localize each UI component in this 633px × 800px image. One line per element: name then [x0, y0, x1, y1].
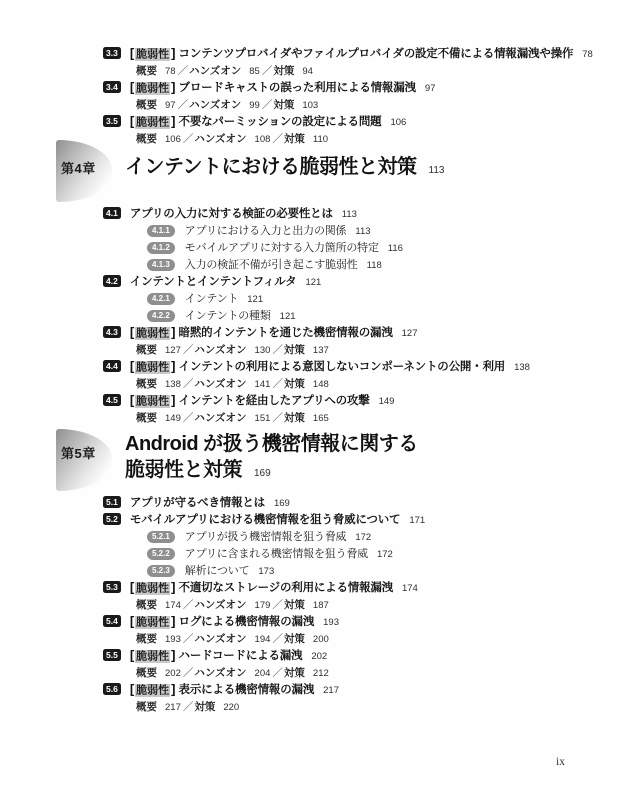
- detail-page-number: 141: [255, 379, 271, 390]
- detail-label: ハンズオン: [189, 99, 241, 111]
- detail-label: ハンズオン: [194, 344, 246, 356]
- subsection-row: 5.2.1アプリが扱う機密情報を狙う脅威172: [103, 527, 613, 544]
- vulnerability-tag-bracket-close: ]: [171, 682, 175, 697]
- detail-label: 概要: [136, 412, 157, 424]
- subsection-page-number: 173: [258, 566, 274, 577]
- section-title: ブロードキャストの誤った利用による情報漏洩: [179, 82, 416, 94]
- section-page-number: 149: [379, 396, 395, 407]
- section-row: 4.1アプリの入力に対する検証の必要性とは113: [103, 204, 613, 221]
- vulnerability-tag-bracket-close: ]: [171, 325, 175, 340]
- section-page-number: 217: [323, 685, 339, 696]
- section-title: ハードコードによる漏洩: [179, 650, 303, 662]
- section-row: 5.4[脆弱性]ログによる機密情報の漏洩193: [103, 612, 613, 629]
- subsection-row: 4.1.2モバイルアプリに対する入力箇所の特定116: [103, 238, 613, 255]
- section-title: アプリが守るべき情報とは: [130, 497, 265, 509]
- detail-page-number: 220: [223, 702, 239, 713]
- detail-page-number: 110: [313, 134, 328, 145]
- section-number-badge: 5.3: [103, 581, 121, 593]
- detail-separator: ／: [262, 99, 273, 111]
- vulnerability-tag-bracket-open: [: [130, 80, 134, 95]
- detail-label: ハンズオン: [194, 412, 246, 424]
- detail-separator: ／: [183, 344, 194, 356]
- subsection-number-badge: 5.2.3: [147, 565, 175, 577]
- detail-label: 対策: [284, 667, 305, 679]
- detail-row: 概要106／ハンズオン108／対策110: [103, 129, 613, 146]
- vulnerability-tag: [脆弱性]: [130, 112, 176, 129]
- subsection-page-number: 121: [280, 311, 296, 322]
- detail-row: 概要138／ハンズオン141／対策148: [103, 374, 613, 391]
- section-row: 5.3[脆弱性]不適切なストレージの利用による情報漏洩174: [103, 578, 613, 595]
- detail-row: 概要193／ハンズオン194／対策200: [103, 629, 613, 646]
- section-number-badge: 4.1: [103, 207, 121, 219]
- detail-label: 概要: [136, 701, 157, 713]
- detail-separator: ／: [262, 65, 273, 77]
- detail-separator: ／: [272, 667, 283, 679]
- section-title: インテントとインテントフィルタ: [130, 276, 297, 288]
- subsection-number-badge: 4.1.2: [147, 242, 175, 254]
- detail-row: 概要174／ハンズオン179／対策187: [103, 595, 613, 612]
- section-page-number: 193: [323, 617, 339, 628]
- detail-label: 概要: [136, 133, 157, 145]
- subsection-page-number: 172: [377, 549, 393, 560]
- detail-page-number: 148: [313, 379, 329, 390]
- detail-row: 概要202／ハンズオン204／対策212: [103, 663, 613, 680]
- vulnerability-tag-bracket-close: ]: [171, 393, 175, 408]
- detail-page-number: 179: [255, 600, 271, 611]
- vulnerability-tag-label: 脆弱性: [135, 616, 170, 629]
- detail-label: 概要: [136, 65, 157, 77]
- detail-label: 対策: [284, 133, 305, 145]
- detail-separator: ／: [272, 133, 283, 145]
- chapter-number: 第4章: [61, 158, 96, 177]
- detail-row: 概要78／ハンズオン85／対策94: [103, 61, 613, 78]
- vulnerability-tag-bracket-open: [: [130, 648, 134, 663]
- detail-separator: ／: [272, 412, 283, 424]
- subsection-title: アプリにおける入力と出力の関係: [185, 225, 347, 237]
- chapter-title: 脆弱性と対策169: [125, 457, 613, 487]
- vulnerability-tag-bracket-close: ]: [171, 648, 175, 663]
- vulnerability-tag-bracket-open: [: [130, 114, 134, 129]
- detail-page-number: 200: [313, 634, 329, 645]
- detail-separator: ／: [183, 633, 194, 645]
- detail-page-number: 165: [313, 413, 329, 424]
- detail-page-number: 106: [165, 134, 181, 145]
- detail-label: ハンズオン: [194, 599, 246, 611]
- detail-label: 概要: [136, 633, 157, 645]
- section-number-badge: 5.4: [103, 615, 121, 627]
- vulnerability-tag: [脆弱性]: [130, 680, 176, 697]
- vulnerability-tag-bracket-open: [: [130, 614, 134, 629]
- detail-page-number: 108: [255, 134, 271, 145]
- section-title: コンテンツプロバイダやファイルプロバイダの設定不備による情報漏洩や操作: [179, 48, 574, 60]
- detail-page-number: 138: [165, 379, 181, 390]
- section-page-number: 113: [342, 209, 357, 220]
- detail-label: 対策: [284, 599, 305, 611]
- vulnerability-tag: [脆弱性]: [130, 578, 176, 595]
- section-number-badge: 3.3: [103, 47, 121, 59]
- section-page-number: 169: [274, 498, 290, 509]
- toc-list: 3.3[脆弱性]コンテンツプロバイダやファイルプロバイダの設定不備による情報漏洩…: [103, 44, 613, 714]
- subsection-page-number: 172: [355, 532, 371, 543]
- subsection-row: 4.1.1アプリにおける入力と出力の関係113: [103, 221, 613, 238]
- subsection-title: アプリが扱う機密情報を狙う脅威: [185, 531, 347, 543]
- detail-page-number: 212: [313, 668, 329, 679]
- detail-label: 概要: [136, 667, 157, 679]
- vulnerability-tag: [脆弱性]: [130, 357, 176, 374]
- vulnerability-tag-bracket-close: ]: [171, 114, 175, 129]
- section-title: アプリの入力に対する検証の必要性とは: [130, 208, 333, 220]
- subsection-number-badge: 4.2.1: [147, 293, 175, 305]
- vulnerability-tag-label: 脆弱性: [135, 684, 170, 697]
- subsection-number-badge: 5.2.2: [147, 548, 175, 560]
- detail-page-number: 85: [249, 66, 260, 77]
- section-row: 3.4[脆弱性]ブロードキャストの誤った利用による情報漏洩97: [103, 78, 613, 95]
- detail-separator: ／: [272, 344, 283, 356]
- section-row: 3.3[脆弱性]コンテンツプロバイダやファイルプロバイダの設定不備による情報漏洩…: [103, 44, 613, 61]
- vulnerability-tag-bracket-close: ]: [171, 359, 175, 374]
- section-page-number: 106: [390, 117, 406, 128]
- detail-separator: ／: [272, 633, 283, 645]
- subsection-page-number: 113: [355, 226, 370, 237]
- detail-separator: ／: [178, 99, 189, 111]
- section-number-badge: 3.5: [103, 115, 121, 127]
- chapter-page-number: 113: [429, 165, 445, 176]
- section-page-number: 97: [425, 83, 436, 94]
- vulnerability-tag: [脆弱性]: [130, 44, 176, 61]
- detail-label: ハンズオン: [194, 667, 246, 679]
- subsection-number-badge: 4.2.2: [147, 310, 175, 322]
- detail-page-number: 149: [165, 413, 181, 424]
- section-title: モバイルアプリにおける機密情報を狙う脅威について: [130, 514, 401, 526]
- section-number-badge: 3.4: [103, 81, 121, 93]
- subsection-title: インテント: [185, 293, 238, 305]
- section-row: 5.5[脆弱性]ハードコードによる漏洩202: [103, 646, 613, 663]
- vulnerability-tag-bracket-close: ]: [171, 580, 175, 595]
- detail-label: 対策: [284, 633, 305, 645]
- chapter-title: インテントにおける脆弱性と対策113: [125, 154, 613, 184]
- section-number-badge: 4.3: [103, 326, 121, 338]
- detail-separator: ／: [183, 701, 194, 713]
- section-row: 4.4[脆弱性]インテントの利用による意図しないコンポーネントの公開・利用138: [103, 357, 613, 374]
- detail-row: 概要127／ハンズオン130／対策137: [103, 340, 613, 357]
- vulnerability-tag-label: 脆弱性: [135, 82, 170, 95]
- section-page-number: 121: [305, 277, 321, 288]
- section-number-badge: 4.5: [103, 394, 121, 406]
- detail-label: 概要: [136, 378, 157, 390]
- section-row: 5.2モバイルアプリにおける機密情報を狙う脅威について171: [103, 510, 613, 527]
- vulnerability-tag: [脆弱性]: [130, 391, 176, 408]
- section-page-number: 171: [409, 515, 425, 526]
- vulnerability-tag-label: 脆弱性: [135, 582, 170, 595]
- subsection-number-badge: 5.2.1: [147, 531, 175, 543]
- detail-page-number: 78: [165, 66, 176, 77]
- section-title: 暗黙的インテントを通じた機密情報の漏洩: [179, 327, 393, 339]
- subsection-row: 4.1.3入力の検証不備が引き起こす脆弱性118: [103, 255, 613, 272]
- detail-page-number: 194: [255, 634, 271, 645]
- detail-label: ハンズオン: [194, 633, 246, 645]
- detail-label: 対策: [273, 65, 294, 77]
- detail-separator: ／: [183, 378, 194, 390]
- detail-page-number: 217: [165, 702, 181, 713]
- detail-separator: ／: [272, 378, 283, 390]
- vulnerability-tag-label: 脆弱性: [135, 327, 170, 340]
- chapter-number: 第5章: [61, 443, 96, 462]
- subsection-number-badge: 4.1.3: [147, 259, 175, 271]
- section-page-number: 202: [311, 651, 327, 662]
- vulnerability-tag-bracket-open: [: [130, 682, 134, 697]
- section-page-number: 127: [402, 328, 418, 339]
- detail-label: 対策: [194, 701, 215, 713]
- detail-label: 概要: [136, 599, 157, 611]
- detail-separator: ／: [178, 65, 189, 77]
- detail-page-number: 174: [165, 600, 181, 611]
- section-row: 5.1アプリが守るべき情報とは169: [103, 493, 613, 510]
- detail-label: 概要: [136, 99, 157, 111]
- section-row: 4.3[脆弱性]暗黙的インテントを通じた機密情報の漏洩127: [103, 323, 613, 340]
- section-title: 不適切なストレージの利用による情報漏洩: [179, 582, 393, 594]
- detail-row: 概要149／ハンズオン151／対策165: [103, 408, 613, 425]
- section-title: 不要なパーミッションの設定による問題: [179, 116, 382, 128]
- detail-separator: ／: [183, 667, 194, 679]
- detail-page-number: 151: [255, 413, 271, 424]
- vulnerability-tag-label: 脆弱性: [135, 361, 170, 374]
- vulnerability-tag-bracket-open: [: [130, 46, 134, 61]
- detail-page-number: 187: [313, 600, 329, 611]
- detail-label: ハンズオン: [194, 133, 246, 145]
- vulnerability-tag-bracket-open: [: [130, 359, 134, 374]
- section-page-number: 78: [582, 49, 593, 60]
- subsection-page-number: 118: [367, 260, 382, 271]
- subsection-row: 5.2.3解析について173: [103, 561, 613, 578]
- section-number-badge: 5.5: [103, 649, 121, 661]
- vulnerability-tag-label: 脆弱性: [135, 395, 170, 408]
- detail-label: 対策: [284, 344, 305, 356]
- subsection-page-number: 121: [247, 294, 263, 305]
- section-title: 表示による機密情報の漏洩: [179, 684, 315, 696]
- subsection-page-number: 116: [388, 243, 403, 254]
- toc-page: 3.3[脆弱性]コンテンツプロバイダやファイルプロバイダの設定不備による情報漏洩…: [0, 0, 633, 800]
- subsection-row: 5.2.2アプリに含まれる機密情報を狙う脅威172: [103, 544, 613, 561]
- chapter-title-block: インテントにおける脆弱性と対策113: [103, 154, 613, 184]
- detail-page-number: 204: [255, 668, 271, 679]
- vulnerability-tag: [脆弱性]: [130, 78, 176, 95]
- detail-separator: ／: [183, 599, 194, 611]
- section-number-badge: 4.4: [103, 360, 121, 372]
- chapter-page-number: 169: [254, 468, 271, 479]
- vulnerability-tag-bracket-close: ]: [171, 80, 175, 95]
- vulnerability-tag-bracket-open: [: [130, 325, 134, 340]
- vulnerability-tag-bracket-open: [: [130, 393, 134, 408]
- section-number-badge: 5.1: [103, 496, 121, 508]
- detail-page-number: 94: [302, 66, 313, 77]
- detail-page-number: 130: [255, 345, 271, 356]
- subsection-title: 入力の検証不備が引き起こす脆弱性: [185, 259, 358, 271]
- section-title: インテントを経由したアプリへの攻撃: [179, 395, 370, 407]
- detail-page-number: 193: [165, 634, 181, 645]
- subsection-title: モバイルアプリに対する入力箇所の特定: [185, 242, 379, 254]
- subsection-title: アプリに含まれる機密情報を狙う脅威: [185, 548, 368, 560]
- section-number-badge: 5.6: [103, 683, 121, 695]
- vulnerability-tag: [脆弱性]: [130, 323, 176, 340]
- section-row: 4.5[脆弱性]インテントを経由したアプリへの攻撃149: [103, 391, 613, 408]
- subsection-title: 解析について: [185, 565, 250, 577]
- detail-page-number: 127: [165, 345, 181, 356]
- detail-label: ハンズオン: [194, 378, 246, 390]
- vulnerability-tag-bracket-open: [: [130, 580, 134, 595]
- section-number-badge: 4.2: [103, 275, 121, 287]
- detail-page-number: 103: [302, 100, 318, 111]
- section-page-number: 138: [514, 362, 530, 373]
- detail-page-number: 97: [165, 100, 176, 111]
- vulnerability-tag: [脆弱性]: [130, 612, 176, 629]
- section-row: 3.5[脆弱性]不要なパーミッションの設定による問題106: [103, 112, 613, 129]
- detail-separator: ／: [272, 599, 283, 611]
- section-title: ログによる機密情報の漏洩: [179, 616, 315, 628]
- subsection-title: インテントの種類: [185, 310, 271, 322]
- detail-page-number: 99: [249, 100, 260, 111]
- section-number-badge: 5.2: [103, 513, 121, 525]
- detail-page-number: 202: [165, 668, 181, 679]
- vulnerability-tag-bracket-close: ]: [171, 614, 175, 629]
- chapter-title: Android が扱う機密情報に関する: [125, 431, 613, 457]
- detail-label: 概要: [136, 344, 157, 356]
- footer-page-number: ix: [556, 756, 565, 768]
- section-row: 5.6[脆弱性]表示による機密情報の漏洩217: [103, 680, 613, 697]
- detail-label: 対策: [284, 378, 305, 390]
- detail-label: 対策: [273, 99, 294, 111]
- detail-label: 対策: [284, 412, 305, 424]
- detail-row: 概要217／対策220: [103, 697, 613, 714]
- vulnerability-tag-bracket-close: ]: [171, 46, 175, 61]
- detail-label: ハンズオン: [189, 65, 241, 77]
- detail-page-number: 137: [313, 345, 329, 356]
- chapter-heading: 第5章Android が扱う機密情報に関する脆弱性と対策169: [103, 431, 613, 487]
- chapter-heading: 第4章インテントにおける脆弱性と対策113: [103, 154, 613, 184]
- subsection-row: 4.2.1インテント121: [103, 289, 613, 306]
- vulnerability-tag: [脆弱性]: [130, 646, 176, 663]
- subsection-row: 4.2.2インテントの種類121: [103, 306, 613, 323]
- vulnerability-tag-label: 脆弱性: [135, 650, 170, 663]
- detail-row: 概要97／ハンズオン99／対策103: [103, 95, 613, 112]
- section-row: 4.2インテントとインテントフィルタ121: [103, 272, 613, 289]
- chapter-title-block: Android が扱う機密情報に関する脆弱性と対策169: [103, 431, 613, 487]
- section-title: インテントの利用による意図しないコンポーネントの公開・利用: [179, 361, 506, 373]
- detail-separator: ／: [183, 412, 194, 424]
- subsection-number-badge: 4.1.1: [147, 225, 175, 237]
- vulnerability-tag-label: 脆弱性: [135, 48, 170, 61]
- vulnerability-tag-label: 脆弱性: [135, 116, 170, 129]
- section-page-number: 174: [402, 583, 418, 594]
- detail-separator: ／: [183, 133, 194, 145]
